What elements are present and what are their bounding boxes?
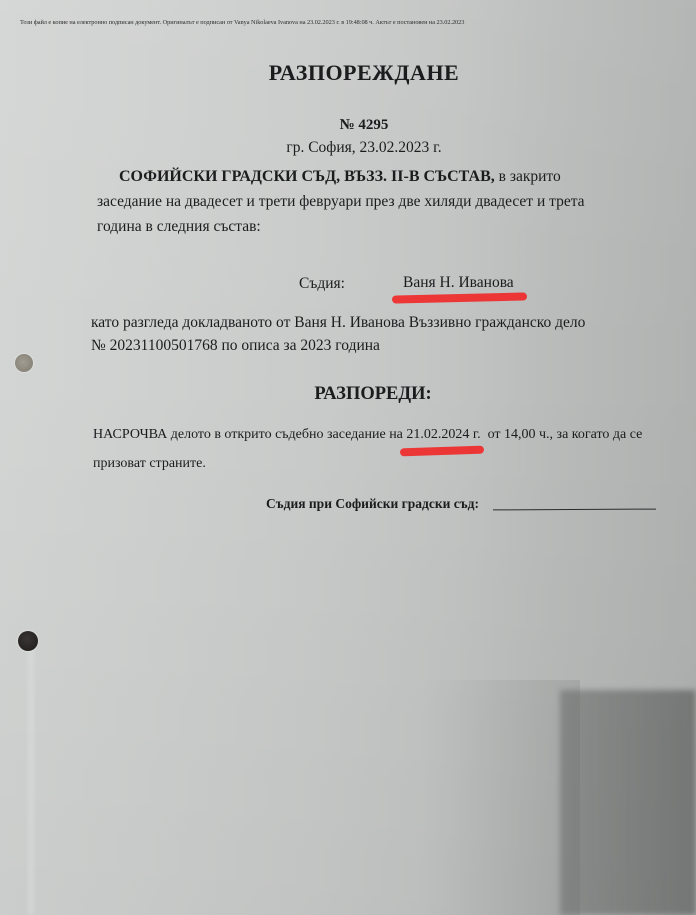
signature-label: Съдия при Софийски градски съд: bbox=[266, 496, 479, 512]
court-name: СОФИЙСКИ ГРАДСКИ СЪД, ВЪЗЗ. II-В СЪСТАВ, bbox=[119, 168, 495, 185]
judge-name: Ваня Н. Иванова bbox=[403, 274, 514, 292]
schedule-line-1: НАСРОЧВА делото в открито съдебно заседа… bbox=[93, 427, 642, 443]
punch-hole bbox=[15, 354, 33, 372]
orders-title: РАЗПОРЕДИ: bbox=[25, 384, 696, 405]
case-line-1: като разгледа докладваното от Ваня Н. Ив… bbox=[91, 314, 585, 332]
paper-edge bbox=[28, 640, 34, 915]
document-number: № 4295 bbox=[16, 117, 696, 134]
schedule-prefix: НАСРОЧВА делото в открито съдебно заседа… bbox=[93, 427, 406, 442]
shadow-overlay-right bbox=[560, 690, 696, 915]
punch-hole bbox=[18, 631, 38, 651]
judge-label: Съдия: bbox=[299, 275, 345, 293]
court-line: СОФИЙСКИ ГРАДСКИ СЪД, ВЪЗЗ. II-В СЪСТАВ,… bbox=[119, 168, 561, 186]
session-line-2: година в следния състав: bbox=[97, 218, 261, 236]
shadow-overlay bbox=[420, 680, 580, 915]
city-date: гр. София, 23.02.2023 г. bbox=[16, 139, 696, 157]
schedule-suffix: от 14,00 ч., за когато да се bbox=[481, 427, 643, 442]
schedule-line-2: призоват страните. bbox=[93, 456, 206, 472]
case-line-2: № 20231100501768 по описа за 2023 година bbox=[91, 337, 380, 355]
electronic-signature-note: Този файл е копие на електронно подписан… bbox=[20, 19, 464, 26]
session-line-1: заседание на двадесет и трети февруари п… bbox=[97, 193, 585, 211]
hearing-date: 21.02.2024 г. bbox=[406, 427, 480, 442]
court-session-type: в закрито bbox=[495, 168, 561, 185]
document-title: РАЗПОРЕЖДАНЕ bbox=[16, 60, 696, 86]
